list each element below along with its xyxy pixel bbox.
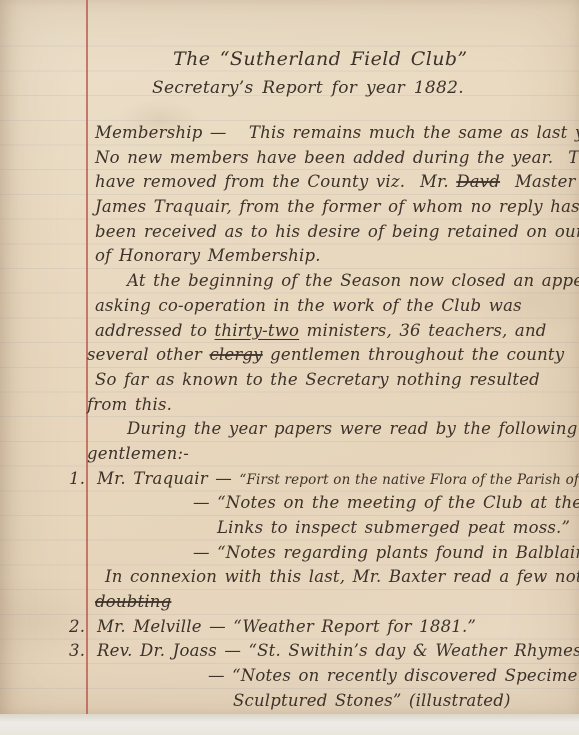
handwritten-text: Mr. Traquair — — [97, 469, 239, 488]
manuscript-line: — “Notes on recently discovered Specimen… — [0, 664, 579, 689]
struck-text: doubting — [95, 592, 171, 611]
handwritten-text: At the beginning of the Season now close… — [127, 271, 579, 290]
scanned-page: The “Sutherland Field Club” Secretary’s … — [0, 0, 579, 735]
manuscript-line: During the year papers were read by the … — [0, 417, 579, 442]
manuscript-line: So far as known to the Secretary nothing… — [0, 368, 579, 393]
list-item-line: 2.Mr. Melville — “Weather Report for 188… — [0, 615, 579, 640]
handwritten-text: of Honorary Membership. — [95, 246, 321, 265]
manuscript-line: been received as to his desire of being … — [0, 220, 579, 245]
manuscript-line: several other clergy gentlemen throughou… — [0, 343, 579, 368]
handwritten-text: No new members have been added during th… — [95, 148, 579, 167]
handwritten-text: Mr. Melville — “Weather Report for 1881.… — [97, 617, 476, 636]
handwritten-text: In connexion with this last, Mr. Baxter … — [105, 567, 579, 586]
handwritten-text: Membership — This remains much the same … — [95, 123, 579, 142]
list-item-line: 1.Mr. Traquair — “First report on the na… — [0, 467, 579, 492]
manuscript-line: Sculptured Stones” (illustrated) — [0, 689, 579, 714]
manuscript-line: No new members have been added during th… — [0, 146, 579, 171]
handwritten-text: — “Notes on the meeting of the Club at t… — [193, 493, 579, 512]
handwritten-text: asking co-operation in the work of the C… — [95, 296, 522, 315]
handwritten-text: Sculptured Stones” (illustrated) — [233, 691, 511, 710]
handwritten-text: Rev. Dr. Joass — “St. Swithin’s day & We… — [97, 641, 579, 660]
manuscript-line: At the beginning of the Season now close… — [0, 269, 579, 294]
handwritten-text: ministers, 36 teachers, and — [299, 321, 546, 340]
item-number: 3. — [69, 639, 85, 664]
handwritten-text: gentlemen throughout the county — [263, 345, 565, 364]
handwritten-text: James Traquair, from the former of whom … — [95, 197, 579, 216]
handwritten-text: several other — [87, 345, 209, 364]
manuscript-line: Links to inspect submerged peat moss.” — [0, 516, 579, 541]
manuscript-line: James Traquair, from the former of whom … — [0, 195, 579, 220]
item-number: 1. — [69, 467, 85, 492]
manuscript-line: — “Notes regarding plants found in Balbl… — [0, 541, 579, 566]
handwritten-text: gentlemen:- — [87, 444, 189, 463]
struck-text: Davd — [456, 172, 500, 191]
handwritten-text: have removed from the County viz. Mr. — [95, 172, 456, 191]
document-title: The “Sutherland Field Club” — [0, 44, 579, 74]
handwritten-text: During the year papers were read by the … — [127, 419, 578, 438]
struck-text: clergy — [209, 345, 262, 364]
manuscript-line: — “Notes on the meeting of the Club at t… — [0, 491, 579, 516]
manuscript-line: addressed to thirty-two ministers, 36 te… — [0, 319, 579, 344]
handwritten-text: — “Notes on recently discovered Specimen… — [208, 666, 579, 685]
manuscript-line: In connexion with this last, Mr. Baxter … — [0, 565, 579, 590]
manuscript-line: gentlemen:- — [0, 442, 579, 467]
manuscript-line: doubting — [0, 590, 579, 615]
manuscript-line: asking co-operation in the work of the C… — [0, 294, 579, 319]
handwritten-text: Master — [500, 172, 576, 191]
list-item-line: 3.Rev. Dr. Joass — “St. Swithin’s day & … — [0, 639, 579, 664]
handwritten-text: addressed to — [95, 321, 215, 340]
manuscript-line: of Honorary Membership. — [0, 244, 579, 269]
manuscript-line: have removed from the County viz. Mr. Da… — [0, 170, 579, 195]
manuscript-lines: Membership — This remains much the same … — [0, 121, 579, 714]
document-subtitle: Secretary’s Report for year 1882. — [0, 74, 579, 102]
handwritten-text: Links to inspect submerged peat moss.” — [217, 518, 570, 537]
paper-sheet: The “Sutherland Field Club” Secretary’s … — [0, 0, 579, 714]
scan-edge-strip — [0, 714, 579, 735]
handwritten-text: So far as known to the Secretary nothing… — [95, 370, 540, 389]
handwritten-text: thirty-two — [215, 321, 300, 340]
manuscript-line: from this. — [0, 393, 579, 418]
title-block: The “Sutherland Field Club” Secretary’s … — [0, 44, 579, 102]
item-number: 2. — [69, 615, 85, 640]
handwritten-text: been received as to his desire of being … — [95, 222, 579, 241]
handwritten-text: — “Notes regarding plants found in Balbl… — [193, 543, 579, 562]
handwritten-text: “First report on the native Flora of the… — [239, 472, 579, 488]
handwritten-text: from this. — [87, 395, 172, 414]
manuscript-line: Membership — This remains much the same … — [0, 121, 579, 146]
